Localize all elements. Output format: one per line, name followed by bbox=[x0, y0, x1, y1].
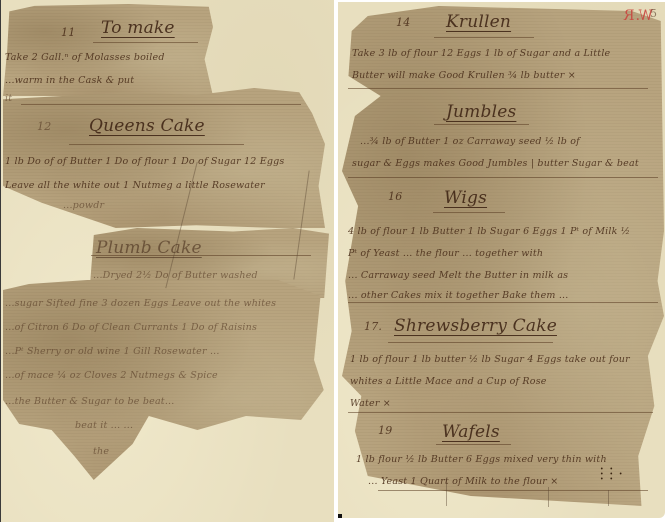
rule-line bbox=[21, 104, 301, 105]
recipe-line: Water × bbox=[350, 398, 391, 409]
recipe-number: 19 bbox=[378, 424, 392, 437]
recipe-line: Leave all the white out 1 Nutmeg a littl… bbox=[5, 180, 265, 191]
recipe-line: the bbox=[93, 446, 109, 457]
recipe-line: ...warm in the Cask & put bbox=[5, 75, 134, 86]
corner-mark: 5 bbox=[650, 7, 657, 20]
recipe-line: Take 3 lb of flour 12 Eggs 1 lb of Sugar… bbox=[352, 48, 610, 59]
recipe-line: 1 lb Do of of Butter 1 Do of flour 1 Do … bbox=[5, 156, 285, 167]
recipe-line: ...the Butter & Sugar to be beat... bbox=[5, 396, 175, 407]
recipe-line: Pᵗ of Yeast ... the flour ... together w… bbox=[348, 248, 543, 259]
title-underline bbox=[388, 342, 553, 343]
manuscript-page-left: 11 To make Take 2 Gall.ⁿ of Molasses boi… bbox=[0, 0, 334, 522]
ink-dots: • •• • •• • bbox=[600, 467, 624, 482]
title-underline bbox=[436, 444, 511, 445]
recipe-number: 11 bbox=[61, 26, 75, 39]
title-underline bbox=[434, 37, 534, 38]
recipe-number: 16 bbox=[388, 190, 402, 203]
recipe-line: ...of Citron 6 Do of Clean Currants 1 Do… bbox=[5, 322, 257, 333]
recipe-number: 14 bbox=[396, 16, 410, 29]
recipe-title: Wafels bbox=[442, 422, 500, 442]
recipe-line: 4 lb of flour 1 lb Butter 1 lb Sugar 6 E… bbox=[348, 226, 630, 237]
rule-line bbox=[348, 412, 653, 413]
recipe-title: Shrewsberry Cake bbox=[394, 316, 557, 336]
recipe-line: ... other Cakes mix it together Bake the… bbox=[348, 290, 568, 301]
recipe-line: it bbox=[5, 93, 12, 104]
rule-line bbox=[348, 177, 658, 178]
recipe-line: ...Dryed 2½ Do of Butter washed bbox=[93, 270, 258, 281]
recipe-line: Take 2 Gall.ⁿ of Molasses boiled bbox=[5, 52, 165, 63]
rule-line bbox=[348, 88, 648, 89]
title-underline bbox=[433, 212, 505, 213]
recipe-number: 12 bbox=[37, 120, 51, 133]
recipe-title: Wigs bbox=[444, 188, 487, 208]
paper-crack bbox=[608, 490, 609, 506]
recipe-line: ...of mace ¼ oz Cloves 2 Nutmegs & Spice bbox=[5, 370, 218, 381]
recipe-line: beat it ... ... bbox=[75, 420, 133, 431]
recipe-title: Queens Cake bbox=[89, 116, 205, 136]
recipe-line: whites a Little Mace and a Cup of Rose bbox=[350, 376, 547, 387]
recipe-line: ... Carraway seed Melt the Butter in mil… bbox=[348, 270, 568, 281]
recipe-title: Krullen bbox=[446, 12, 511, 32]
manuscript-page-right: W.R 5 14 Krullen Take 3 lb of flour 12 E… bbox=[338, 2, 665, 518]
recipe-line: sugar & Eggs makes Good Jumbles | butter… bbox=[352, 158, 639, 169]
recipe-line: ...powdr bbox=[63, 200, 104, 211]
recipe-line: 1 lb of flour 1 lb butter ½ lb Sugar 4 E… bbox=[350, 354, 630, 365]
recipe-number: 17. bbox=[364, 320, 382, 333]
recipe-title: Jumbles bbox=[446, 102, 516, 122]
recipe-line: Butter will make Good Krullen ¾ lb butte… bbox=[352, 70, 576, 81]
library-stamp: W.R bbox=[623, 8, 653, 24]
title-underline bbox=[434, 124, 529, 125]
recipe-title: Plumb Cake bbox=[96, 238, 202, 258]
recipe-line: 1 lb flour ½ lb Butter 6 Eggs mixed very… bbox=[356, 454, 607, 465]
rule-line bbox=[348, 302, 658, 303]
title-underline bbox=[93, 42, 198, 43]
recipe-line: ...¾ lb of Butter 1 oz Carraway seed ½ l… bbox=[360, 136, 580, 147]
recipe-title: To make bbox=[101, 18, 175, 38]
recipe-line: ...Pᵗ Sherry or old wine 1 Gill Rosewate… bbox=[5, 346, 220, 357]
title-underline bbox=[69, 144, 244, 145]
recipe-line: ...sugar Sifted fine 3 dozen Eggs Leave … bbox=[5, 298, 276, 309]
paper-crack bbox=[548, 487, 549, 507]
recipe-line: ... Yeast 1 Quart of Milk to the flour × bbox=[368, 476, 558, 487]
